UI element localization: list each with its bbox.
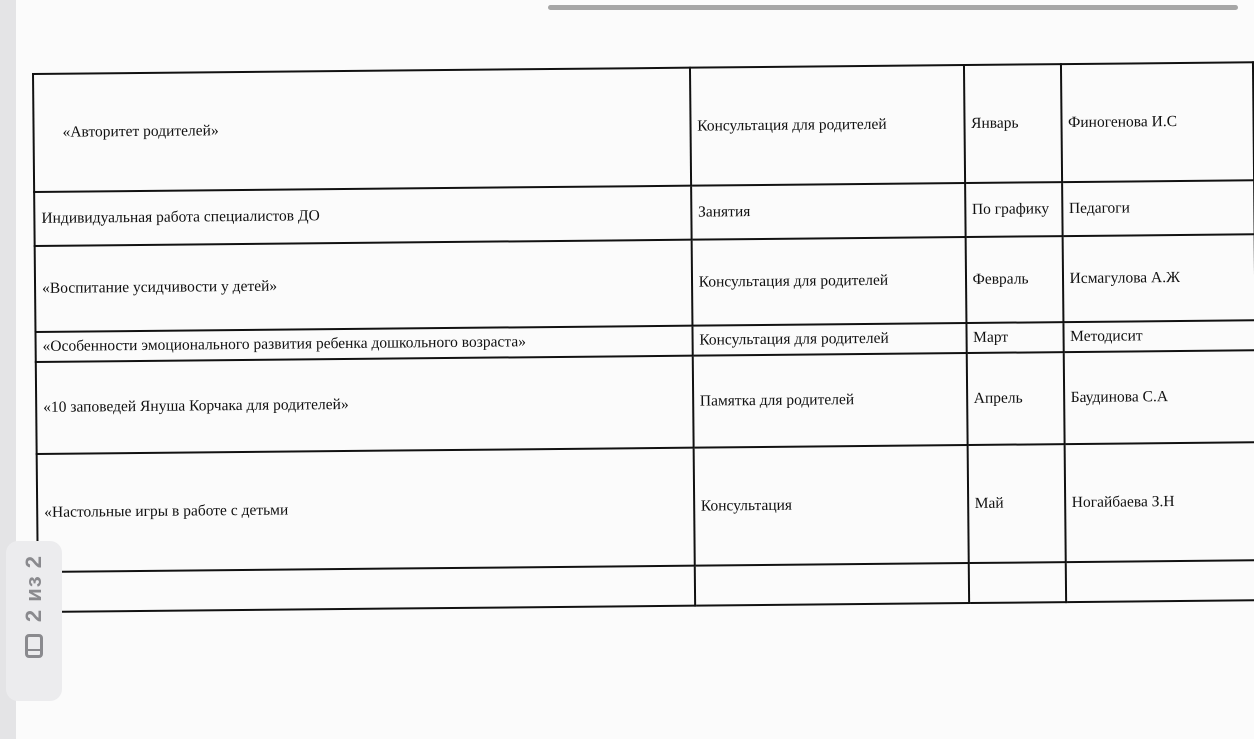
- form-cell: Консультация для родителей: [692, 323, 966, 356]
- responsible-cell: Исмагулова А.Ж: [1062, 234, 1254, 322]
- topic-cell: «Воспитание усидчивости у детей»: [35, 240, 692, 332]
- form-cell: Памятка для родителей: [692, 353, 967, 448]
- responsible-cell: Баудинова С.А: [1063, 350, 1254, 444]
- topic-cell: «10 заповедей Януша Корчака для родителе…: [36, 356, 694, 454]
- responsible-cell: Методисит: [1063, 320, 1254, 352]
- topic-cell: Индивидуальная работа специалистов ДО: [34, 186, 691, 246]
- table-row: «Воспитание усидчивости у детей» Консуль…: [35, 234, 1254, 332]
- table-row: «Авторитет родителей» Консультация для р…: [33, 62, 1254, 192]
- date-cell: Март: [966, 322, 1063, 353]
- sidebar-toggle-icon[interactable]: [25, 634, 43, 658]
- horizontal-scrollbar[interactable]: [548, 5, 1238, 10]
- responsible-cell: Финогенова И.С: [1061, 62, 1254, 182]
- form-cell: [694, 563, 968, 606]
- page-indicator-badge[interactable]: 2 из 2: [6, 541, 62, 701]
- date-cell: По графику: [965, 182, 1063, 237]
- form-cell: Занятия: [691, 183, 965, 240]
- date-cell: Февраль: [965, 236, 1063, 323]
- date-cell: [968, 562, 1065, 603]
- date-cell: Апрель: [966, 352, 1064, 445]
- form-cell: Консультация для родителей: [690, 65, 965, 186]
- responsible-cell: Педагоги: [1062, 180, 1254, 236]
- page-counter: 2 из 2: [21, 555, 47, 622]
- table-row: «10 заповедей Януша Корчака для родителе…: [36, 350, 1254, 454]
- date-cell: Январь: [964, 64, 1062, 183]
- responsible-cell: Ногайбаева З.Н: [1064, 442, 1254, 562]
- form-cell: Консультация: [693, 445, 968, 566]
- topic-cell: «Авторитет родителей»: [33, 68, 691, 192]
- document-table: «Авторитет родителей» Консультация для р…: [32, 61, 1254, 613]
- topic-cell: «Настольные игры в работе с детьми: [37, 448, 695, 572]
- date-cell: Май: [967, 444, 1065, 563]
- form-cell: Консультация для родителей: [691, 237, 966, 326]
- table-row: «Настольные игры в работе с детьми Консу…: [37, 442, 1254, 572]
- responsible-cell: [1065, 560, 1254, 602]
- topic-cell: [38, 566, 695, 612]
